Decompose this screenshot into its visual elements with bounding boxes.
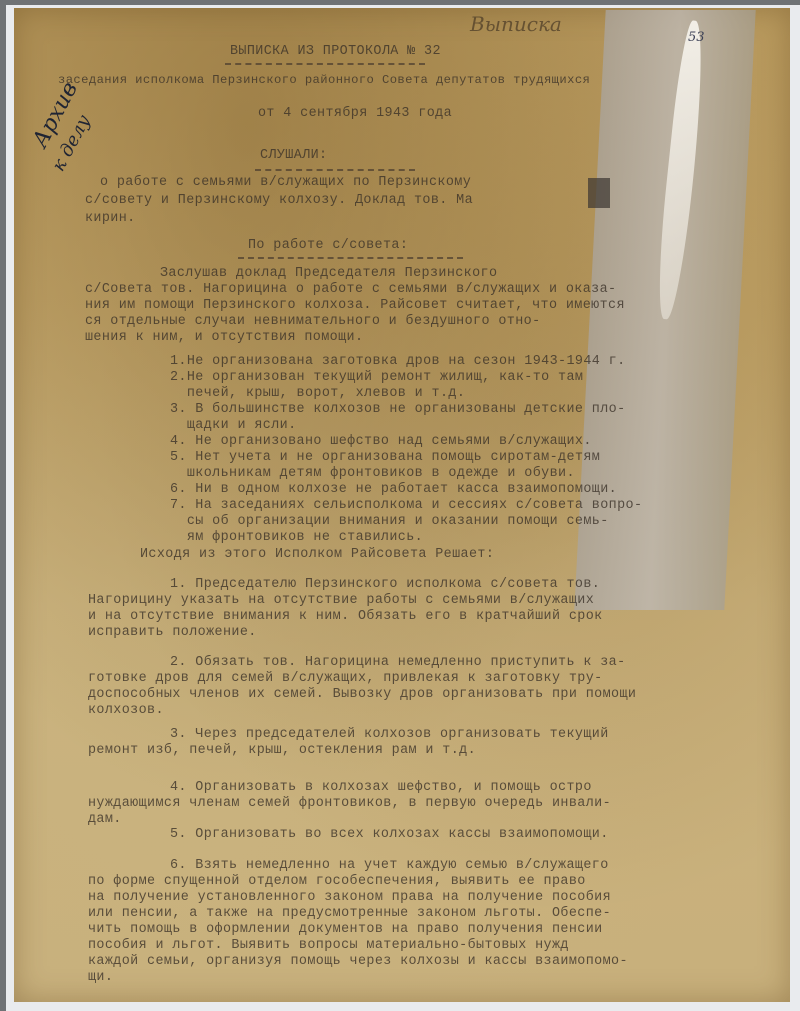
resolution-line: ремонт изб, печей, крыш, остекления рам …: [88, 743, 476, 759]
intro-line-3: ния им помощи Перзинского колхоза. Райсо…: [85, 298, 625, 314]
resolution-line: 5. Организовать во всех колхозах кассы в…: [170, 827, 609, 843]
scan-frame-top: [0, 0, 800, 5]
resolution-line: доспособных членов их семей. Вывозку дро…: [88, 687, 636, 703]
document-subtitle: заседания исполкома Перзинского районног…: [58, 72, 590, 88]
resolution-line: 1. Председателю Перзинского исполкома с/…: [170, 577, 600, 593]
resolution-intro: Исходя из этого Исполком Райсовета Решае…: [140, 547, 494, 563]
finding-line: 2.Не организован текущий ремонт жилищ, к…: [170, 370, 583, 386]
resolution-line: готовке дров для семей в/служащих, привл…: [88, 671, 603, 687]
resolution-line: пособия и льгот. Выявить вопросы материа…: [88, 938, 569, 954]
resolution-line: чить помощь в оформлении документов на п…: [88, 922, 603, 938]
resolution-line: или пенсии, а также на предусмотренные з…: [88, 906, 611, 922]
resolution-line: 2. Обязать тов. Нагорицина немедленно пр…: [170, 655, 626, 671]
finding-line: 7. На заседаниях сельисполкома и сессиях…: [170, 498, 642, 514]
finding-line: 4. Не организовано шефство над семьями в…: [170, 434, 592, 450]
intro-line-2: с/Совета тов. Нагорицина о работе с семь…: [85, 282, 616, 298]
heard-label: СЛУШАЛИ:: [260, 148, 328, 164]
finding-line: печей, крыш, ворот, хлевов и т.д.: [170, 386, 465, 402]
resolution-line: Нагорицину указать на отсутствие работы …: [88, 593, 594, 609]
document-date: от 4 сентября 1943 года: [258, 106, 452, 122]
finding-line: 1.Не организована заготовка дров на сезо…: [170, 354, 626, 370]
intro-line-1: Заслушав доклад Председателя Перзинского: [160, 266, 497, 282]
heard-line-2: с/совету и Перзинскому колхозу. Доклад т…: [85, 193, 473, 209]
section-underline: [238, 257, 463, 259]
heard-line-3: кирин.: [85, 211, 136, 227]
resolution-line: по форме спущенной отделом гособеспечени…: [88, 874, 586, 890]
finding-line: щадки и ясли.: [170, 418, 297, 434]
finding-line: школьникам детям фронтовиков в одежде и …: [170, 466, 575, 482]
resolution-line: колхозов.: [88, 703, 164, 719]
heard-underline: [255, 169, 415, 171]
resolution-line: щи.: [88, 970, 113, 986]
finding-line: 6. Ни в одном колхозе не работает касса …: [170, 482, 617, 498]
resolution-line: 3. Через председателей колхозов организо…: [170, 727, 609, 743]
resolution-line: 6. Взять немедленно на учет каждую семью…: [170, 858, 609, 874]
resolution-line: и на отсутствие внимания к ним. Обязать …: [88, 609, 603, 625]
resolution-line: на получение установленного законом прав…: [88, 890, 611, 906]
section-title: По работе с/совета:: [248, 238, 408, 254]
resolution-line: исправить положение.: [88, 625, 257, 641]
finding-line: сы об организации внимания и оказании по…: [170, 514, 609, 530]
title-underline: [225, 63, 425, 65]
resolution-line: каждой семьи, организуя помощь через кол…: [88, 954, 628, 970]
handwritten-note-top: Выписка: [470, 12, 562, 36]
finding-line: ям фронтовиков не ставились.: [170, 530, 423, 546]
document-title: ВЫПИСКА ИЗ ПРОТОКОЛА № 32: [230, 44, 441, 60]
intro-line-4: ся отдельные случаи невнимательного и бе…: [85, 314, 541, 330]
heard-line-1: о работе с семьями в/служащих по Перзинс…: [100, 175, 471, 191]
scan-frame-left: [0, 0, 6, 1011]
page-number: 53: [688, 30, 705, 45]
intro-line-5: шения к ним, и отсутствия помощи.: [85, 330, 363, 346]
resolution-line: нуждающимся членам семей фронтовиков, в …: [88, 796, 611, 812]
resolution-line: 4. Организовать в колхозах шефство, и по…: [170, 780, 592, 796]
finding-line: 3. В большинстве колхозов не организован…: [170, 402, 626, 418]
ink-blot: [588, 178, 610, 208]
finding-line: 5. Нет учета и не организована помощь си…: [170, 450, 600, 466]
resolution-line: дам.: [88, 812, 122, 828]
